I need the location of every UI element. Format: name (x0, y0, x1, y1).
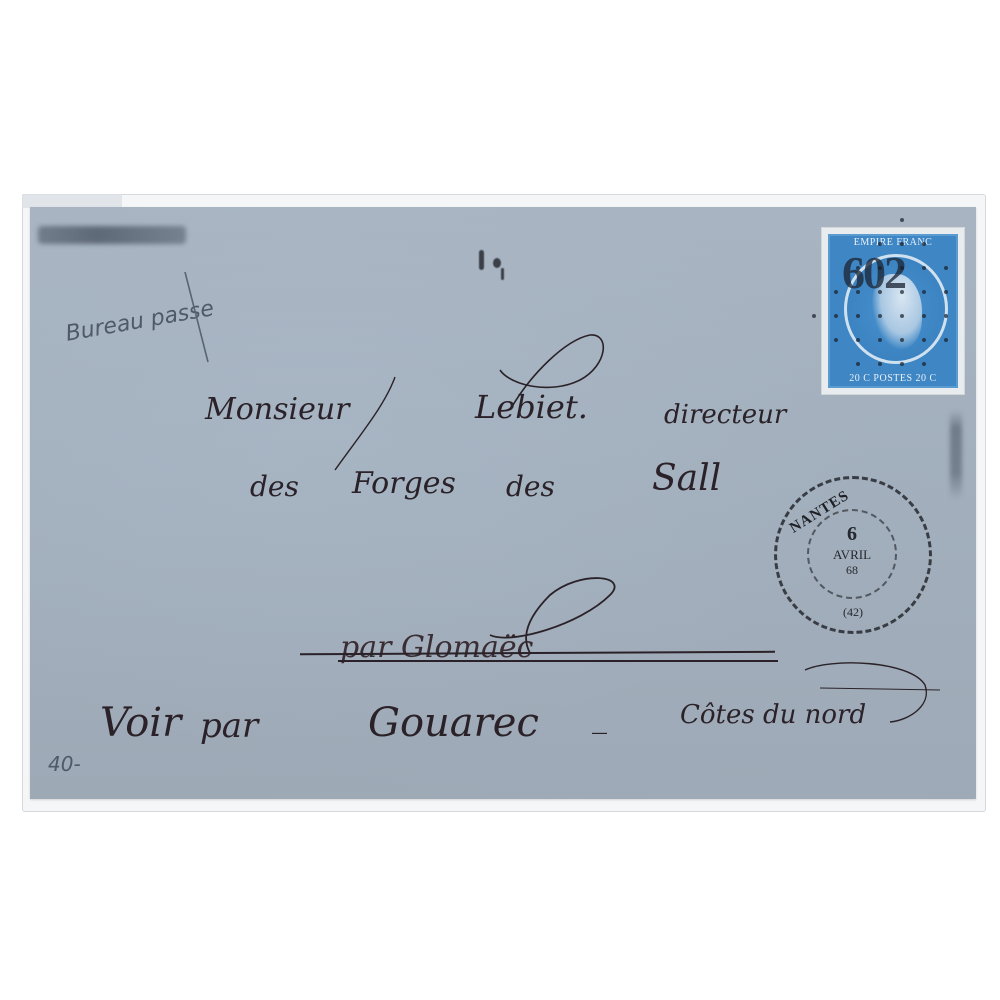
postmark-department: (42) (777, 605, 929, 620)
address-word-par: par (200, 706, 258, 746)
sleeve-tab (22, 194, 122, 208)
postage-stamp: EMPIRE FRANC 20 C POSTES 20 C 602 (822, 228, 964, 394)
capital-l-flourish (470, 325, 610, 415)
address-word-gouarec: Gouarec (368, 700, 539, 746)
address-word-title: directeur (664, 400, 786, 430)
strikethrough-2 (338, 660, 778, 662)
capital-g-flourish (470, 575, 640, 655)
erased-ink-smudge (38, 226, 186, 244)
pencil-stroke (180, 270, 220, 370)
pencil-note-price: 40- (48, 752, 81, 776)
address-word-salles: Sall (652, 458, 721, 499)
ink-blots (475, 250, 525, 290)
postmark-day: 6 (809, 523, 895, 546)
pencil-price-text: 40- (48, 752, 81, 776)
edge-ink-marks (950, 410, 962, 500)
address-word-monsieur: Monsieur (205, 392, 350, 427)
scene: Bureau passe 40- EMPIRE FRANC 20 C POSTE… (0, 0, 1000, 1000)
address-dash: _ (592, 700, 607, 735)
address-word-voir: Voir (100, 700, 181, 746)
postmark-circle: NANTES 6 AVRIL 68 (42) (774, 476, 932, 634)
nord-flourish (800, 660, 940, 730)
lozenge-dots (812, 218, 982, 408)
address-word-forges: Forges (352, 466, 456, 501)
address-word-des-2: des (506, 470, 555, 503)
address-word-des-1: des (250, 470, 299, 503)
postmark-month: AVRIL (809, 547, 895, 563)
postmark-year: 68 (809, 563, 895, 578)
monsieur-descender (330, 375, 410, 475)
postmark-inner-ring: 6 AVRIL 68 (807, 509, 897, 599)
